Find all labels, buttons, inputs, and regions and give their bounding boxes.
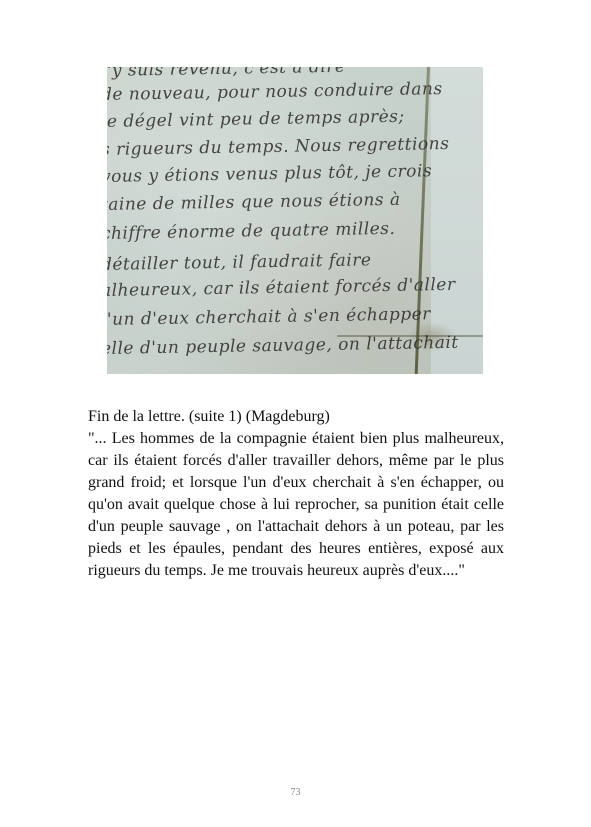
handwriting-line: le dégel vint peu de temps après;	[107, 107, 405, 132]
handwriting-line: chiffre énorme de quatre milles.	[107, 219, 396, 244]
handwritten-letter-photo: j'y suis revenu, c'est à dire de nouveau…	[107, 67, 483, 374]
handwriting-line: alheureux, car ils étaient forcés d'alle…	[107, 275, 456, 301]
handwriting-line: détailler tout, il faudrait faire	[107, 250, 372, 275]
handwriting-line: j'y suis revenu, c'est à dire	[107, 67, 346, 81]
handwriting-line: vous y étions venus plus tôt, je crois	[107, 161, 432, 187]
handwriting-line: l'un d'eux cherchait à s'en échapper	[107, 304, 431, 330]
page-number: 73	[0, 787, 591, 798]
letter-quote: "... Les hommes de la compagnie étaient …	[88, 428, 504, 582]
handwriting-line: taine de milles que nous étions à	[107, 190, 401, 215]
handwriting-line: de nouveau, pour nous conduire dans	[107, 79, 443, 105]
handwriting-line: s rigueurs du temps. Nous regrettions	[107, 134, 450, 160]
caption-title: Fin de la lettre. (suite 1) (Magdeburg)	[88, 406, 504, 428]
handwriting-line: elle d'un peuple sauvage, on l'attachait	[107, 333, 459, 359]
photo-caption: Fin de la lettre. (suite 1) (Magdeburg) …	[88, 406, 504, 582]
